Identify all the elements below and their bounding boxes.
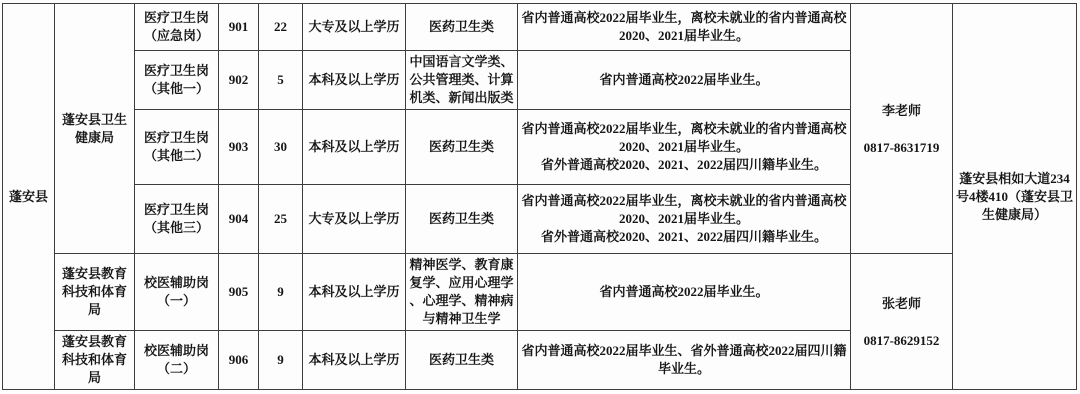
contact-phone: 0817-8631719: [854, 138, 949, 157]
table-row: 蓬安县教育 科技和体育 局 校医辅助岗 （一） 905 9 本科及以上学历 精神…: [3, 254, 1077, 331]
major-cell: 医药卫生类: [406, 110, 518, 185]
contact-phone: 0817-8629152: [854, 331, 949, 350]
requirement-cell: 省内普通高校2022届毕业生，离校未就业的省内普通高校 2020、2021届毕业…: [518, 4, 851, 51]
major-cell: 医药卫生类: [406, 331, 518, 390]
position-cell: 校医辅助岗 （一）: [135, 254, 219, 331]
count-cell: 22: [259, 4, 303, 51]
contact-name: 张老师: [854, 294, 949, 313]
major-cell: 中国语言文学类、 公共管理类、计算 机类、新闻出版类: [406, 51, 518, 110]
major-cell: 医药卫生类: [406, 4, 518, 51]
requirement-cell: 省内普通高校2022届毕业生、省外普通高校2022届四川籍 毕业生。: [518, 331, 851, 390]
contact-cell-education: 张老师 0817-8629152: [851, 254, 953, 390]
department-cell-education: 蓬安县教育 科技和体育 局: [55, 254, 135, 331]
requirement-cell: 省内普通高校2022届毕业生。: [518, 51, 851, 110]
code-cell: 905: [219, 254, 259, 331]
recruitment-table-page: 蓬安县 蓬安县卫生 健康局 医疗卫生岗 （应急岗） 901 22 大专及以上学历…: [0, 0, 1080, 394]
position-cell: 医疗卫生岗 （其他三）: [135, 185, 219, 254]
position-cell: 医疗卫生岗 （其他一）: [135, 51, 219, 110]
recruitment-table: 蓬安县 蓬安县卫生 健康局 医疗卫生岗 （应急岗） 901 22 大专及以上学历…: [2, 3, 1077, 390]
department-cell-health: 蓬安县卫生 健康局: [55, 4, 135, 254]
count-cell: 5: [259, 51, 303, 110]
major-cell: 医药卫生类: [406, 185, 518, 254]
contact-name: 李老师: [854, 101, 949, 120]
department-cell-education: 蓬安县教育 科技和体育 局: [55, 331, 135, 390]
requirement-cell: 省内普通高校2022届毕业生，离校未就业的省内普通高校 2020、2021届毕业…: [518, 185, 851, 254]
education-cell: 本科及以上学历: [303, 331, 406, 390]
code-cell: 903: [219, 110, 259, 185]
position-cell: 校医辅助岗 （二）: [135, 331, 219, 390]
address-cell: 蓬安县相如大道234 号4楼410（蓬安县卫 生健康局）: [953, 4, 1077, 390]
code-cell: 901: [219, 4, 259, 51]
education-cell: 大专及以上学历: [303, 185, 406, 254]
position-cell: 医疗卫生岗 （应急岗）: [135, 4, 219, 51]
count-cell: 9: [259, 254, 303, 331]
count-cell: 30: [259, 110, 303, 185]
education-cell: 本科及以上学历: [303, 254, 406, 331]
education-cell: 本科及以上学历: [303, 51, 406, 110]
education-cell: 本科及以上学历: [303, 110, 406, 185]
position-cell: 医疗卫生岗 （其他二）: [135, 110, 219, 185]
county-cell: 蓬安县: [3, 4, 55, 390]
code-cell: 906: [219, 331, 259, 390]
major-cell: 精神医学、教育康 复学、应用心理学 、心理学、精神病 与精神卫生学: [406, 254, 518, 331]
code-cell: 902: [219, 51, 259, 110]
count-cell: 25: [259, 185, 303, 254]
requirement-cell: 省内普通高校2022届毕业生。: [518, 254, 851, 331]
table-row: 蓬安县 蓬安县卫生 健康局 医疗卫生岗 （应急岗） 901 22 大专及以上学历…: [3, 4, 1077, 51]
code-cell: 904: [219, 185, 259, 254]
count-cell: 9: [259, 331, 303, 390]
contact-cell-health: 李老师 0817-8631719: [851, 4, 953, 254]
education-cell: 大专及以上学历: [303, 4, 406, 51]
requirement-cell: 省内普通高校2022届毕业生，离校未就业的省内普通高校 2020、2021届毕业…: [518, 110, 851, 185]
